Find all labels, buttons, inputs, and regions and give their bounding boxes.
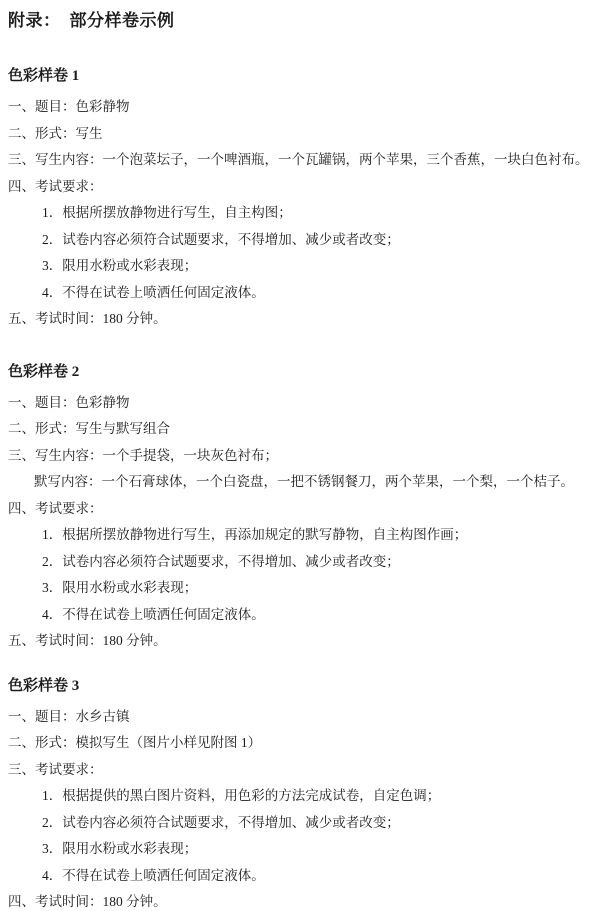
doc-line-continued: 默写内容：一个石膏球体，一个白瓷盘，一把不锈钢餐刀，两个苹果，一个梨，一个桔子。 bbox=[8, 469, 592, 496]
doc-line: 一、题目：色彩静物 bbox=[8, 390, 592, 417]
doc-line: 五、考试时间：180 分钟。 bbox=[8, 306, 592, 333]
appendix-heading: 附录： 部分样卷示例 bbox=[8, 8, 592, 34]
doc-line-numbered: 2．试卷内容必须符合试题要求，不得增加、减少或者改变； bbox=[8, 227, 592, 254]
doc-line: 三、考试要求： bbox=[8, 757, 592, 784]
doc-line-numbered: 3．限用水粉或水彩表现； bbox=[8, 575, 592, 602]
doc-line: 五、考试时间：180 分钟。 bbox=[8, 628, 592, 655]
doc-line-numbered: 3．限用水粉或水彩表现； bbox=[8, 836, 592, 863]
doc-line: 二、形式：模拟写生（图片小样见附图 1） bbox=[8, 730, 592, 757]
doc-line-numbered: 2．试卷内容必须符合试题要求，不得增加、减少或者改变； bbox=[8, 810, 592, 837]
doc-line: 三、写生内容：一个泡菜坛子，一个啤酒瓶，一个瓦罐锅，两个苹果，三个香蕉，一块白色… bbox=[8, 147, 592, 174]
doc-line-numbered: 1．根据所摆放静物进行写生，再添加规定的默写静物，自主构图作画； bbox=[8, 522, 592, 549]
section-color-sample-1: 色彩样卷 1 一、题目：色彩静物 二、形式：写生 三、写生内容：一个泡菜坛子，一… bbox=[8, 64, 592, 333]
doc-line: 二、形式：写生与默写组合 bbox=[8, 416, 592, 443]
doc-line-numbered: 3．限用水粉或水彩表现； bbox=[8, 253, 592, 280]
doc-line: 一、题目：色彩静物 bbox=[8, 94, 592, 121]
doc-line-numbered: 2．试卷内容必须符合试题要求，不得增加、减少或者改变； bbox=[8, 549, 592, 576]
section-3-title: 色彩样卷 3 bbox=[8, 674, 592, 698]
doc-line: 四、考试要求： bbox=[8, 174, 592, 201]
doc-line-numbered: 1．根据所摆放静物进行写生，自主构图； bbox=[8, 200, 592, 227]
doc-line-numbered: 1．根据提供的黑白图片资料，用色彩的方法完成试卷，自定色调； bbox=[8, 783, 592, 810]
doc-line: 二、形式：写生 bbox=[8, 121, 592, 148]
section-1-title: 色彩样卷 1 bbox=[8, 64, 592, 88]
doc-line: 四、考试要求： bbox=[8, 496, 592, 523]
document-page: 附录： 部分样卷示例 色彩样卷 1 一、题目：色彩静物 二、形式：写生 三、写生… bbox=[0, 0, 600, 911]
doc-line-numbered: 4．不得在试卷上喷洒任何固定液体。 bbox=[8, 280, 592, 307]
doc-line: 一、题目：水乡古镇 bbox=[8, 704, 592, 731]
section-color-sample-2: 色彩样卷 2 一、题目：色彩静物 二、形式：写生与默写组合 三、写生内容：一个手… bbox=[8, 360, 592, 655]
doc-line: 四、考试时间：180 分钟。 bbox=[8, 889, 592, 911]
section-2-title: 色彩样卷 2 bbox=[8, 360, 592, 384]
doc-line: 三、写生内容：一个手提袋，一块灰色衬布； bbox=[8, 443, 592, 470]
doc-line-numbered: 4．不得在试卷上喷洒任何固定液体。 bbox=[8, 863, 592, 890]
doc-line-numbered: 4．不得在试卷上喷洒任何固定液体。 bbox=[8, 602, 592, 629]
section-color-sample-3: 色彩样卷 3 一、题目：水乡古镇 二、形式：模拟写生（图片小样见附图 1） 三、… bbox=[8, 674, 592, 911]
